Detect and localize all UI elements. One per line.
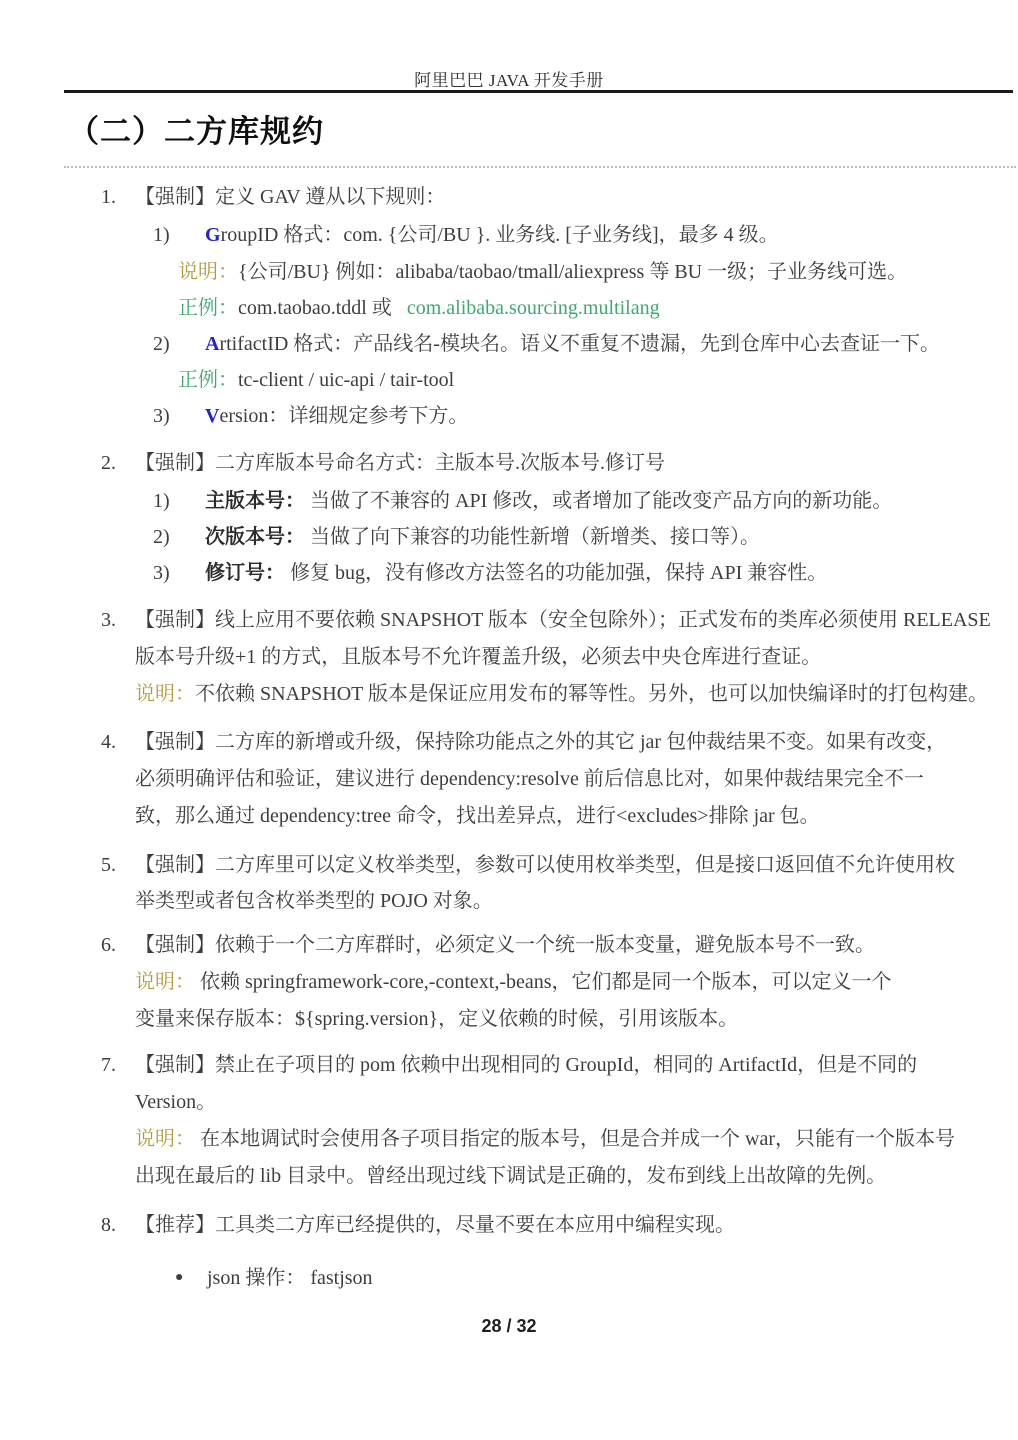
line-text: 【强制】定义 GAV 遵从以下规则： (135, 180, 445, 214)
text-line: 举类型或者包含枚举类型的 POJO 对象。 (0, 884, 1018, 920)
text-line: 3)Version：详细规定参考下方。 (0, 399, 1018, 435)
bold-term: 主版本号： (205, 490, 305, 512)
line-text: ArtifactID 格式：产品线名-模块名。语义不重复不遗漏，先到仓库中心去查… (205, 327, 940, 361)
line-text: 说明：不依赖 SNAPSHOT 版本是保证应用发布的幂等性。另外，也可以加快编译… (135, 677, 988, 711)
text-line: 5.【强制】二方库里可以定义枚举类型，参数可以使用枚举类型，但是接口返回值不允许… (0, 848, 1018, 884)
line-text: 【强制】线上应用不要依赖 SNAPSHOT 版本（安全包除外）；正式发布的类库必… (135, 603, 991, 637)
bold-term: 修订号： (205, 562, 285, 584)
text-line: 6.【强制】依赖于一个二方库群时，必须定义一个统一版本变量，避免版本号不一致。 (0, 928, 1018, 964)
text-line: 说明：不依赖 SNAPSHOT 版本是保证应用发布的幂等性。另外，也可以加快编译… (0, 677, 1018, 713)
text-span: 【强制】二方库的新增或升级，保持除功能点之外的其它 jar 包仲裁结果不变。如果… (135, 731, 946, 753)
text-span: 出现在最后的 lib 目录中。曾经出现过线下调试是正确的，发布到线上出故障的先例… (135, 1165, 886, 1187)
text-span: 不依赖 SNAPSHOT 版本是保证应用发布的幂等性。另外，也可以加快编译时的打… (195, 683, 988, 705)
line-marker: 3) (153, 556, 170, 590)
bold-term: 次版本号： (205, 526, 305, 548)
line-text: 【强制】二方库的新增或升级，保持除功能点之外的其它 jar 包仲裁结果不变。如果… (135, 725, 946, 759)
text-span: rtifactID 格式：产品线名-模块名。语义不重复不遗漏，先到仓库中心去查证… (219, 333, 940, 355)
line-marker: 2) (153, 520, 170, 554)
line-text: GroupID 格式：com. {公司/BU }. 业务线. [子业务线]，最多… (205, 218, 779, 252)
text-line: ●json 操作： fastjson (0, 1261, 1018, 1297)
line-marker: 6. (101, 928, 116, 962)
document-page: 阿里巴巴 JAVA 开发手册 （二）二方库规约 1.【强制】定义 GAV 遵从以… (0, 0, 1018, 1440)
line-marker: 4. (101, 725, 116, 759)
example-label: 正例： (178, 297, 238, 319)
text-line: 2.【强制】二方库版本号命名方式：主版本号.次版本号.修订号 (0, 446, 1018, 482)
text-line: 说明： 依赖 springframework-core,-context,-be… (0, 965, 1018, 1001)
text-line: 正例：tc-client / uic-api / tair-tool (0, 363, 1018, 399)
line-text: 次版本号： 当做了向下兼容的功能性新增（新增类、接口等）。 (205, 520, 760, 554)
text-line: 3.【强制】线上应用不要依赖 SNAPSHOT 版本（安全包除外）；正式发布的类… (0, 603, 1018, 639)
text-line: 8.【推荐】工具类二方库已经提供的，尽量不要在本应用中编程实现。 (0, 1208, 1018, 1244)
line-marker: 5. (101, 848, 116, 882)
line-text: 正例：com.taobao.tddl 或 com.alibaba.sourcin… (178, 291, 660, 325)
line-text: 说明： 依赖 springframework-core,-context,-be… (135, 965, 892, 999)
text-span: 举类型或者包含枚举类型的 POJO 对象。 (135, 890, 493, 912)
text-span: {公司/BU} 例如：alibaba/taobao/tmall/aliexpre… (238, 261, 907, 283)
text-span: 【强制】定义 GAV 遵从以下规则： (135, 186, 445, 208)
text-span: 致，那么通过 dependency:tree 命令，找出差异点，进行<exclu… (135, 805, 820, 827)
text-span: 【强制】禁止在子项目的 pom 依赖中出现相同的 GroupId，相同的 Art… (135, 1054, 917, 1076)
line-text: 【强制】禁止在子项目的 pom 依赖中出现相同的 GroupId，相同的 Art… (135, 1048, 917, 1082)
text-line: Version。 (0, 1085, 1018, 1121)
line-text: 主版本号： 当做了不兼容的 API 修改，或者增加了能改变产品方向的新功能。 (205, 484, 892, 518)
line-text: Version。 (135, 1085, 216, 1119)
text-span: ersion：详细规定参考下方。 (219, 405, 468, 427)
line-text: Version：详细规定参考下方。 (205, 399, 468, 433)
text-span: Version。 (135, 1091, 216, 1113)
text-line: 7.【强制】禁止在子项目的 pom 依赖中出现相同的 GroupId，相同的 A… (0, 1048, 1018, 1084)
example-label: 正例： (178, 369, 238, 391)
text-line: 正例：com.taobao.tddl 或 com.alibaba.sourcin… (0, 291, 1018, 327)
content-area: 1.【强制】定义 GAV 遵从以下规则：1)GroupID 格式：com. {公… (0, 180, 1018, 1297)
note-label: 说明： (135, 683, 195, 705)
text-line: 版本号升级+1 的方式，且版本号不允许覆盖升级，必须去中央仓库进行查证。 (0, 640, 1018, 676)
page-number: 28 / 32 (0, 1316, 1018, 1337)
initial-letter: A (205, 333, 219, 355)
line-text: 举类型或者包含枚举类型的 POJO 对象。 (135, 884, 493, 918)
line-text: json 操作： fastjson (207, 1261, 373, 1295)
text-span: roupID 格式：com. {公司/BU }. 业务线. [子业务线]，最多 … (221, 224, 779, 246)
line-text: 版本号升级+1 的方式，且版本号不允许覆盖升级，必须去中央仓库进行查证。 (135, 640, 821, 674)
page-title: （二）二方库规约 (68, 106, 324, 151)
text-line: 3)修订号： 修复 bug，没有修改方法签名的功能加强，保持 API 兼容性。 (0, 556, 1018, 592)
text-span: 变量来保存版本：${spring.version}，定义依赖的时候，引用该版本。 (135, 1008, 738, 1030)
line-text: 修订号： 修复 bug，没有修改方法签名的功能加强，保持 API 兼容性。 (205, 556, 827, 590)
text-line: 致，那么通过 dependency:tree 命令，找出差异点，进行<exclu… (0, 799, 1018, 835)
initial-letter: V (205, 405, 219, 427)
initial-letter: G (205, 224, 221, 246)
line-text: 正例：tc-client / uic-api / tair-tool (178, 363, 454, 397)
line-marker: 1) (153, 484, 170, 518)
bullet-icon: ● (175, 1261, 183, 1295)
text-span: 修复 bug，没有修改方法签名的功能加强，保持 API 兼容性。 (285, 562, 827, 584)
text-span: 【强制】线上应用不要依赖 SNAPSHOT 版本（安全包除外）；正式发布的类库必… (135, 609, 991, 631)
text-span: 【推荐】工具类二方库已经提供的，尽量不要在本应用中编程实现。 (135, 1214, 735, 1236)
text-span: tc-client / uic-api / tair-tool (238, 369, 454, 391)
text-span: 在本地调试时会使用各子项目指定的版本号，但是合并成一个 war，只能有一个版本号 (195, 1128, 955, 1150)
line-marker: 1. (101, 180, 116, 214)
line-text: 出现在最后的 lib 目录中。曾经出现过线下调试是正确的，发布到线上出故障的先例… (135, 1159, 886, 1193)
line-text: 【推荐】工具类二方库已经提供的，尽量不要在本应用中编程实现。 (135, 1208, 735, 1242)
line-marker: 7. (101, 1048, 116, 1082)
note-label: 说明： (135, 1128, 195, 1150)
note-label: 说明： (178, 261, 238, 283)
header-title: 阿里巴巴 JAVA 开发手册 (0, 66, 1018, 91)
line-marker: 1) (153, 218, 170, 252)
line-marker: 2. (101, 446, 116, 480)
text-line: 变量来保存版本：${spring.version}，定义依赖的时候，引用该版本。 (0, 1002, 1018, 1038)
text-span: 【强制】二方库版本号命名方式：主版本号.次版本号.修订号 (135, 452, 665, 474)
text-span: json 操作： fastjson (207, 1267, 373, 1289)
text-span: 依赖 springframework-core,-context,-beans，… (195, 971, 892, 993)
line-text: 【强制】二方库里可以定义枚举类型，参数可以使用枚举类型，但是接口返回值不允许使用… (135, 848, 955, 882)
text-span: com.taobao.tddl 或 (238, 297, 397, 319)
text-line: 出现在最后的 lib 目录中。曾经出现过线下调试是正确的，发布到线上出故障的先例… (0, 1159, 1018, 1195)
line-marker: 2) (153, 327, 170, 361)
link-text[interactable]: com.alibaba.sourcing.multilang (397, 297, 660, 319)
text-line: 必须明确评估和验证，建议进行 dependency:resolve 前后信息比对… (0, 762, 1018, 798)
line-text: 说明：{公司/BU} 例如：alibaba/taobao/tmall/aliex… (178, 255, 907, 289)
text-span: 必须明确评估和验证，建议进行 dependency:resolve 前后信息比对… (135, 768, 924, 790)
line-text: 必须明确评估和验证，建议进行 dependency:resolve 前后信息比对… (135, 762, 924, 796)
text-span: 当做了不兼容的 API 修改，或者增加了能改变产品方向的新功能。 (305, 490, 892, 512)
line-text: 致，那么通过 dependency:tree 命令，找出差异点，进行<exclu… (135, 799, 820, 833)
text-line: 2)ArtifactID 格式：产品线名-模块名。语义不重复不遗漏，先到仓库中心… (0, 327, 1018, 363)
line-text: 【强制】二方库版本号命名方式：主版本号.次版本号.修订号 (135, 446, 665, 480)
line-marker: 8. (101, 1208, 116, 1242)
text-span: 【强制】依赖于一个二方库群时，必须定义一个统一版本变量，避免版本号不一致。 (135, 934, 875, 956)
text-line: 说明：{公司/BU} 例如：alibaba/taobao/tmall/aliex… (0, 255, 1018, 291)
text-line: 1)GroupID 格式：com. {公司/BU }. 业务线. [子业务线]，… (0, 218, 1018, 254)
text-line: 说明： 在本地调试时会使用各子项目指定的版本号，但是合并成一个 war，只能有一… (0, 1122, 1018, 1158)
line-text: 【强制】依赖于一个二方库群时，必须定义一个统一版本变量，避免版本号不一致。 (135, 928, 875, 962)
line-marker: 3. (101, 603, 116, 637)
header-rule (64, 90, 1013, 93)
text-line: 2)次版本号： 当做了向下兼容的功能性新增（新增类、接口等）。 (0, 520, 1018, 556)
text-line: 1)主版本号： 当做了不兼容的 API 修改，或者增加了能改变产品方向的新功能。 (0, 484, 1018, 520)
line-text: 变量来保存版本：${spring.version}，定义依赖的时候，引用该版本。 (135, 1002, 738, 1036)
text-span: 【强制】二方库里可以定义枚举类型，参数可以使用枚举类型，但是接口返回值不允许使用… (135, 854, 955, 876)
line-text: 说明： 在本地调试时会使用各子项目指定的版本号，但是合并成一个 war，只能有一… (135, 1122, 955, 1156)
note-label: 说明： (135, 971, 195, 993)
title-separator (64, 166, 1016, 168)
text-line: 1.【强制】定义 GAV 遵从以下规则： (0, 180, 1018, 216)
text-span: 版本号升级+1 的方式，且版本号不允许覆盖升级，必须去中央仓库进行查证。 (135, 646, 821, 668)
text-span: 当做了向下兼容的功能性新增（新增类、接口等）。 (305, 526, 760, 548)
line-marker: 3) (153, 399, 170, 433)
text-line: 4.【强制】二方库的新增或升级，保持除功能点之外的其它 jar 包仲裁结果不变。… (0, 725, 1018, 761)
